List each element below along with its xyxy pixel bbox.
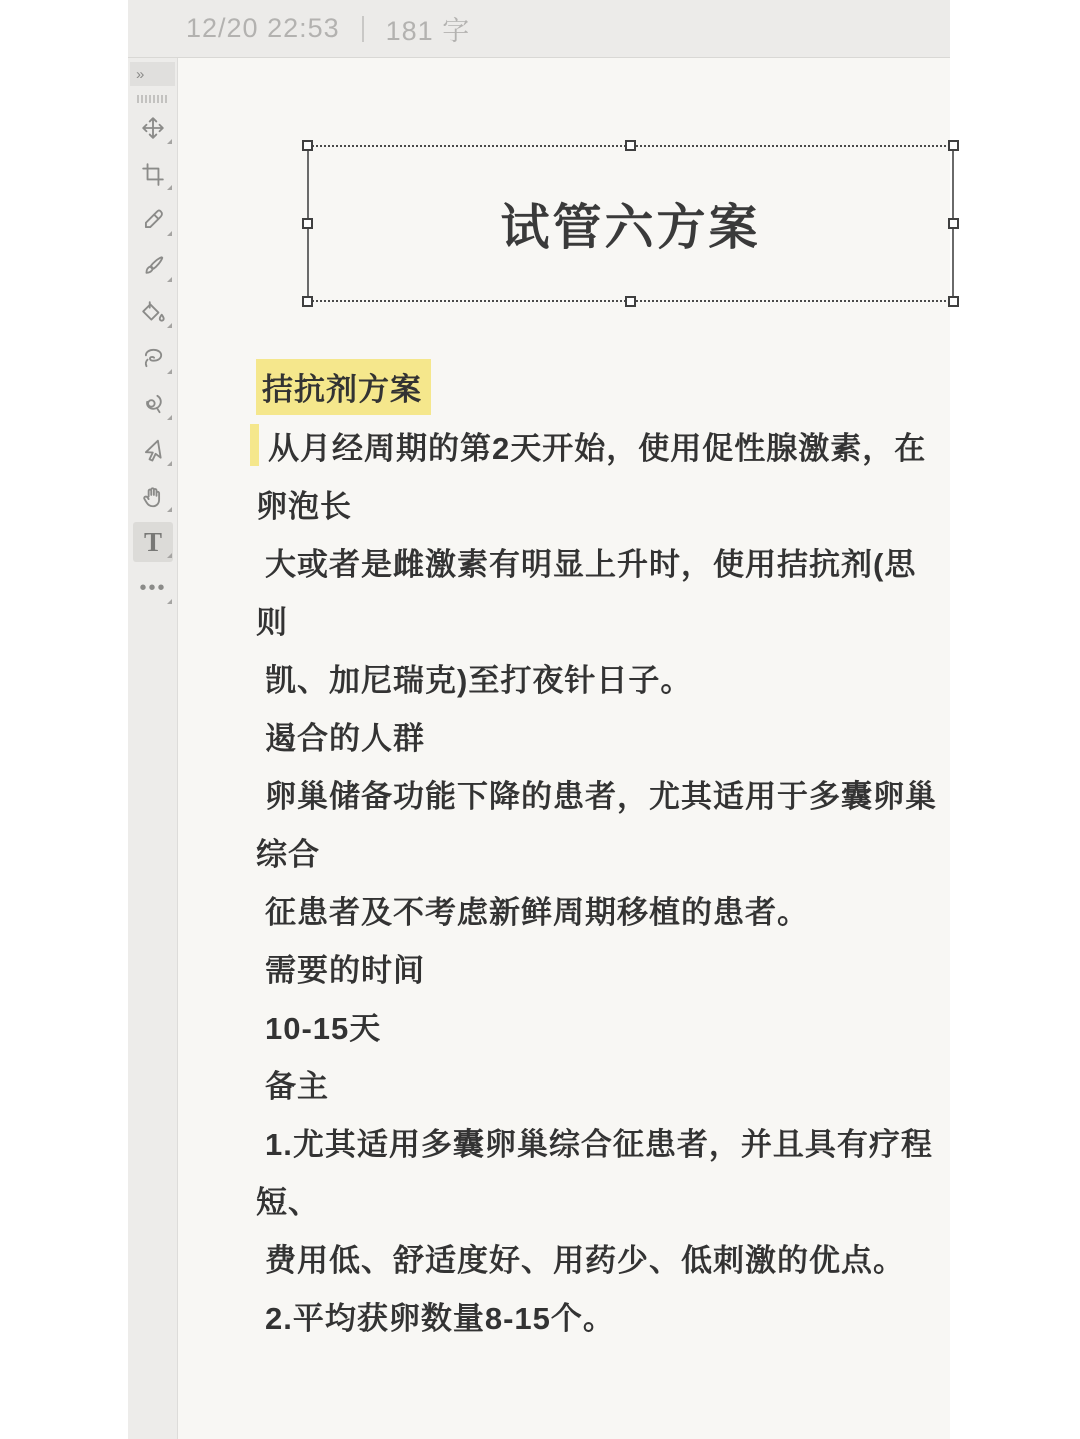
text-line-content: 征患者及不考虑新鲜周期移植的患者。 <box>265 887 809 932</box>
text-line[interactable]: 1.尤其适用多囊卵巢综合征患者，并且具有疗程 <box>185 1112 950 1170</box>
word-count: 181 字 <box>386 9 471 48</box>
tool-submenu-indicator <box>167 461 172 466</box>
text-line[interactable]: 10-15天 <box>185 996 950 1054</box>
text-line-content: 大或者是雌激素有明显上升时，使用拮抗剂(思 <box>265 539 916 584</box>
text-line-content: 凯、加尼瑞克)至打夜针日子。 <box>265 655 692 700</box>
eyedropper-tool-icon <box>141 208 165 232</box>
text-line[interactable]: 大或者是雌激素有明显上升时，使用拮抗剂(思 <box>185 532 950 590</box>
text-line-content: 1.尤其适用多囊卵巢综合征患者，并且具有疗程 <box>265 1119 933 1164</box>
more-tools[interactable]: ••• <box>128 565 178 611</box>
tool-submenu-indicator <box>167 507 172 512</box>
tool-submenu-indicator <box>167 231 172 236</box>
document-title[interactable]: 试管六方案 <box>500 189 760 259</box>
text-line[interactable]: 从月经周期的第2天开始，使用促性腺激素，在 <box>185 416 950 474</box>
tool-submenu-indicator <box>167 415 172 420</box>
text-line[interactable]: 综合 <box>185 822 950 880</box>
more-tools-icon: ••• <box>139 584 166 592</box>
text-line-content: 遏合的人群 <box>265 713 425 758</box>
text-line[interactable]: 卵巢储备功能下降的患者，尤其适用于多囊卵巢 <box>185 764 950 822</box>
header-bar: 12/20 22:53 181 字 <box>128 0 950 58</box>
text-line-content: 需要的时间 <box>265 945 425 990</box>
text-line-content: 备主 <box>265 1061 329 1106</box>
highlight-lead-mark <box>250 424 259 466</box>
app-window: 12/20 22:53 181 字 » T••• 试管六方案 拮抗 <box>128 0 950 1439</box>
paint-bucket-tool[interactable] <box>128 289 178 335</box>
magnetic-lasso-tool-icon <box>141 392 165 416</box>
text-line[interactable]: 需要的时间 <box>185 938 950 996</box>
brush-tool[interactable] <box>128 243 178 289</box>
crop-tool[interactable] <box>128 151 178 197</box>
crop-tool-icon <box>141 162 165 186</box>
header-divider <box>362 16 364 42</box>
text-line[interactable]: 拮抗剂方案 <box>185 358 950 416</box>
select-arrow-tool[interactable] <box>128 427 178 473</box>
brush-tool-icon <box>141 254 165 278</box>
move-tool-icon <box>141 116 165 140</box>
timestamp: 12/20 22:53 <box>186 13 340 44</box>
body-text: 拮抗剂方案从月经周期的第2天开始，使用促性腺激素，在卵泡长大或者是雌激素有明显上… <box>185 358 950 1344</box>
eyedropper-tool[interactable] <box>128 197 178 243</box>
document-canvas[interactable]: 试管六方案 拮抗剂方案从月经周期的第2天开始，使用促性腺激素，在卵泡长大或者是雌… <box>185 58 950 1439</box>
text-line[interactable]: 征患者及不考虑新鲜周期移植的患者。 <box>185 880 950 938</box>
text-line[interactable]: 2.平均获卵数量8-15个。 <box>185 1286 950 1344</box>
tool-submenu-indicator <box>167 553 172 558</box>
tool-list: T••• <box>128 105 177 611</box>
text-line[interactable]: 凯、加尼瑞克)至打夜针日子。 <box>185 648 950 706</box>
text-line[interactable]: 则 <box>185 590 950 648</box>
screen: 12/20 22:53 181 字 » T••• 试管六方案 拮抗 <box>0 0 1080 1439</box>
tool-submenu-indicator <box>167 185 172 190</box>
resize-handle-bottom-middle[interactable] <box>625 296 636 307</box>
text-line-content: 费用低、舒适度好、用药少、低刺激的优点。 <box>265 1235 905 1280</box>
select-arrow-tool-icon <box>141 438 165 462</box>
text-line[interactable]: 卵泡长 <box>185 474 950 532</box>
tool-sidebar: » T••• <box>128 58 178 1439</box>
text-line[interactable]: 短、 <box>185 1170 950 1228</box>
text-line[interactable]: 遏合的人群 <box>185 706 950 764</box>
lasso-tool-icon <box>141 346 165 370</box>
title-selection-box[interactable]: 试管六方案 <box>307 145 954 302</box>
text-line-content: 卵巢储备功能下降的患者，尤其适用于多囊卵巢 <box>265 771 937 816</box>
text-line-content: 2.平均获卵数量8-15个。 <box>265 1293 615 1338</box>
resize-handle-middle-left[interactable] <box>302 218 313 229</box>
paint-bucket-tool-icon <box>141 300 165 324</box>
resize-handle-middle-right[interactable] <box>948 218 959 229</box>
tool-submenu-indicator <box>167 139 172 144</box>
text-line-content: 10-15天 <box>265 1003 381 1048</box>
move-tool[interactable] <box>128 105 178 151</box>
text-line-content: 短、 <box>256 1177 320 1222</box>
resize-handle-top-right[interactable] <box>948 140 959 151</box>
text-line-content: 综合 <box>256 829 320 874</box>
expand-toolbar-button[interactable]: » <box>130 62 175 86</box>
tool-submenu-indicator <box>167 323 172 328</box>
text-line[interactable]: 备主 <box>185 1054 950 1112</box>
text-tool[interactable]: T <box>128 519 178 565</box>
tool-submenu-indicator <box>167 369 172 374</box>
hand-tool[interactable] <box>128 473 178 519</box>
tool-submenu-indicator <box>167 277 172 282</box>
text-line-content: 则 <box>256 597 288 642</box>
text-line-content: 卵泡长 <box>256 481 352 526</box>
resize-handle-top-left[interactable] <box>302 140 313 151</box>
resize-handle-bottom-left[interactable] <box>302 296 313 307</box>
magnetic-lasso-tool[interactable] <box>128 381 178 427</box>
highlighted-heading: 拮抗剂方案 <box>256 359 431 415</box>
text-tool-icon: T <box>144 529 162 556</box>
toolbar-grip-handle[interactable] <box>137 95 169 103</box>
text-line-content: 从月经周期的第2天开始，使用促性腺激素，在 <box>268 423 926 468</box>
tool-submenu-indicator <box>167 599 172 604</box>
resize-handle-bottom-right[interactable] <box>948 296 959 307</box>
header-info: 12/20 22:53 181 字 <box>186 9 470 48</box>
resize-handle-top-middle[interactable] <box>625 140 636 151</box>
text-line[interactable]: 费用低、舒适度好、用药少、低刺激的优点。 <box>185 1228 950 1286</box>
lasso-tool[interactable] <box>128 335 178 381</box>
hand-tool-icon <box>141 484 165 508</box>
